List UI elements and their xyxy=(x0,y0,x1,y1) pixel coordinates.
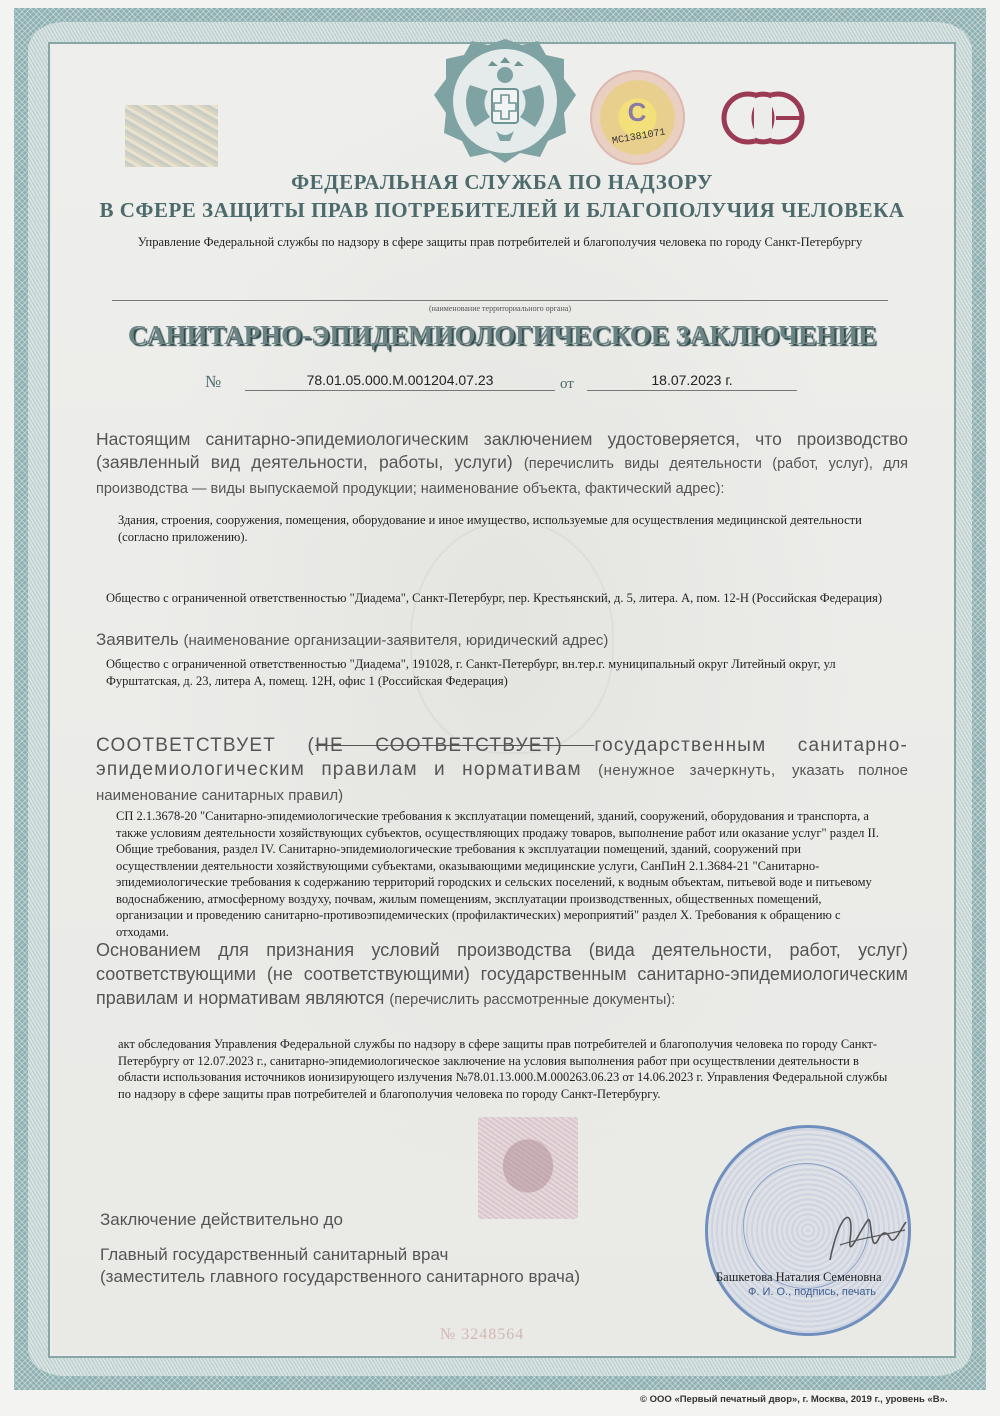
basis-hint: (перечислить рассмотренные документы): xyxy=(389,992,675,1008)
printer-imprint: © ООО «Первый печатный двор», г. Москва,… xyxy=(640,1394,948,1405)
hologram-sticker-icon xyxy=(125,105,218,167)
emblem-double-headed-eagle-icon xyxy=(430,35,580,165)
form-serial-number: № 3248564 xyxy=(440,1326,524,1344)
cs-mark-icon: С xyxy=(623,98,651,126)
document-number-row: № 78.01.05.000.М.001204.07.23 от 18.07.2… xyxy=(205,372,805,396)
applicant-heading: Заявитель (наименование организации-заяв… xyxy=(96,630,908,650)
applicant-label: Заявитель xyxy=(96,630,179,649)
signature-icon xyxy=(820,1200,910,1275)
valid-until-label: Заключение действительно до xyxy=(100,1210,343,1230)
agency-title-line1: ФЕДЕРАЛЬНАЯ СЛУЖБА ПО НАДЗОРУ xyxy=(52,170,952,195)
hologram-sticker-bottom-icon xyxy=(478,1117,578,1219)
hologram-cs-seal: С MC1381071 xyxy=(590,70,685,165)
territorial-caption: (наименование территориального органа) xyxy=(112,304,888,313)
document-title: САНИТАРНО-ЭПИДЕМИОЛОГИЧЕСКОЕ ЗАКЛЮЧЕНИЕ xyxy=(52,320,952,351)
doctor-title: Главный государственный санитарный врач … xyxy=(100,1244,580,1288)
divider xyxy=(112,300,888,301)
basis-paragraph: Основанием для признания условий произво… xyxy=(96,938,908,1012)
activity-text: Здания, строения, сооружения, помещения,… xyxy=(118,512,878,545)
applicant-hint: (наименование организации-заявителя, юри… xyxy=(183,632,608,649)
signer-name: Башкетова Наталия Семеновна xyxy=(716,1270,882,1285)
territorial-body: Управление Федеральной службы по надзору… xyxy=(120,234,880,251)
sanitary-rules: СП 2.1.3678-20 "Санитарно-эпидемиологиче… xyxy=(116,808,886,940)
date-label: от xyxy=(560,376,574,393)
conformity-hint: (ненужное зачеркнуть, xyxy=(598,762,776,779)
facility-address: Общество с ограниченной ответственностью… xyxy=(106,590,886,607)
signer-caption: Ф. И. О., подпись, печать xyxy=(748,1286,876,1298)
conformity-word: СООТВЕТСТВУЕТ ( xyxy=(96,735,315,756)
intro-paragraph: Настоящим санитарно-эпидемиологическим з… xyxy=(96,428,908,501)
document-number: 78.01.05.000.М.001204.07.23 xyxy=(245,372,555,391)
doctor-title-main: Главный государственный санитарный врач xyxy=(100,1244,580,1266)
se-logo-icon xyxy=(718,88,808,148)
doctor-title-deputy: (заместитель главного государственного с… xyxy=(100,1266,580,1288)
applicant-address: Общество с ограниченной ответственностью… xyxy=(106,656,886,689)
document-date: 18.07.2023 г. xyxy=(587,372,797,391)
number-sign: № xyxy=(205,372,221,392)
basis-documents: акт обследования Управления Федеральной … xyxy=(118,1036,888,1102)
hologram-serial: MC1381071 xyxy=(600,125,679,149)
agency-title-line2: В СФЕРЕ ЗАЩИТЫ ПРАВ ПОТРЕБИТЕЛЕЙ И БЛАГО… xyxy=(52,198,952,223)
conformity-paragraph: СООТВЕТСТВУЕТ (НЕ СООТВЕТСТВУЕТ) государ… xyxy=(96,734,908,808)
non-conformity-struck: НЕ СООТВЕТСТВУЕТ) xyxy=(315,735,594,756)
